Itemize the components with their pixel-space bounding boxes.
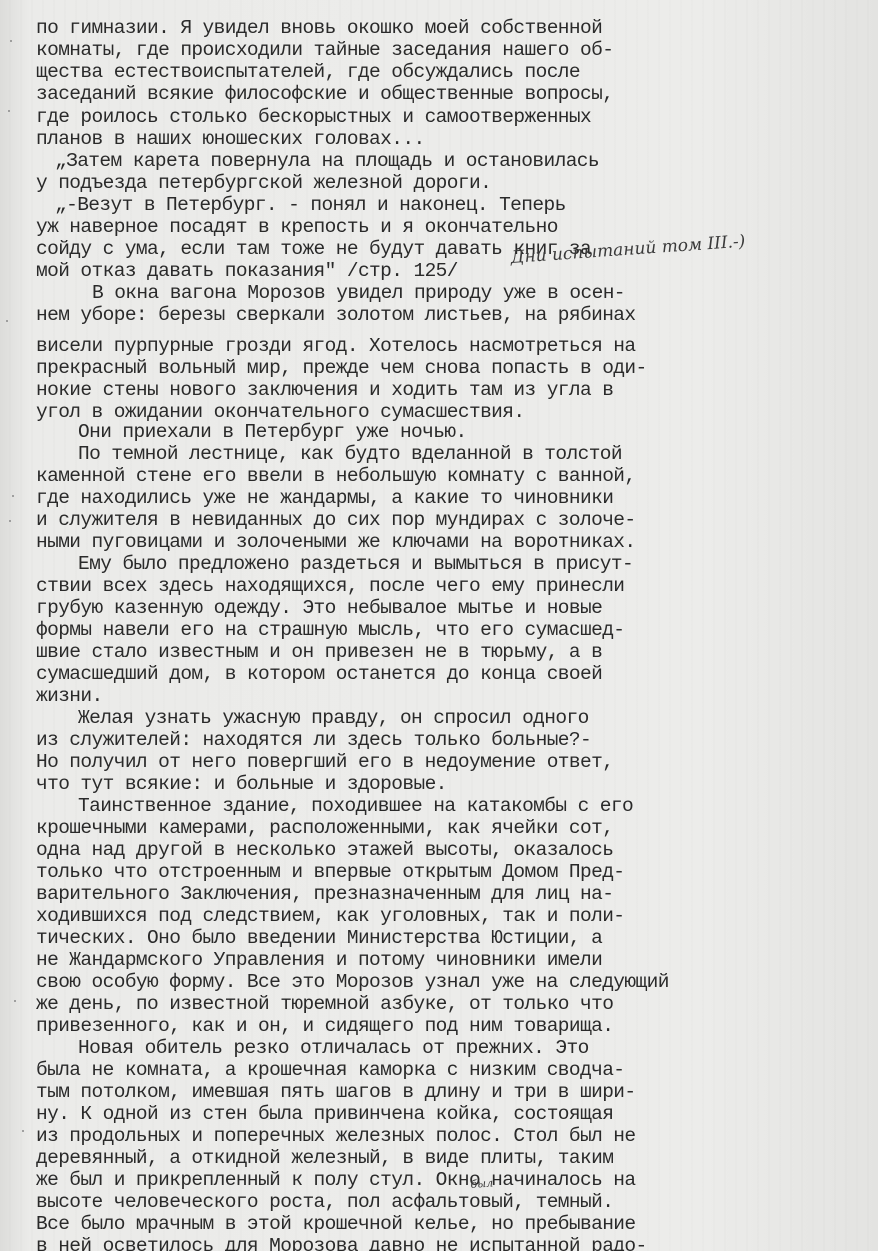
text-line: Желая узнать ужасную правду, он спросил … — [78, 707, 589, 729]
text-line: что тут всякие: и больные и здоровые. — [36, 773, 447, 795]
text-line: привезенного, как и он, и сидящего под н… — [36, 1015, 613, 1037]
text-line: ствии всех здесь находящихся, после чего… — [36, 575, 624, 597]
scan-speck — [6, 320, 8, 322]
text-line: по гимназии. Я увидел вновь окошко моей … — [36, 17, 602, 39]
text-line: из продольных и поперечных железных поло… — [36, 1125, 636, 1147]
text-line: „Затем карета повернула на площадь и ост… — [55, 150, 599, 172]
text-line: швие стало известным и он привезен не в … — [36, 641, 602, 663]
scan-speck — [10, 40, 12, 42]
text-line: была не комната, а крошечная каморка с н… — [36, 1059, 624, 1081]
text-line: из служителей: находятся ли здесь только… — [36, 729, 591, 751]
text-line: формы навели его на страшную мысль, что … — [36, 619, 624, 641]
text-line: висели пурпурные грозди ягод. Хотелось н… — [36, 335, 636, 357]
text-line: По темной лестнице, как будто вделанной … — [78, 443, 622, 465]
text-line: ну. К одной из стен была привинчена койк… — [36, 1103, 613, 1125]
text-line: Все было мрачным в этой крошечной келье,… — [36, 1213, 636, 1235]
text-line: ными пуговицами и золочеными же ключами … — [36, 531, 636, 553]
text-line: крошечными камерами, расположенными, как… — [36, 817, 613, 839]
text-line: же был и прикрепленный к полу стул. Окно… — [36, 1169, 636, 1191]
text-line: щества естествоиспытателей, где обсуждал… — [36, 61, 580, 83]
text-line: заседаний всякие философские и обществен… — [36, 83, 613, 105]
text-line: планов в наших юношеских головах... — [36, 128, 425, 150]
scan-speck — [14, 1000, 16, 1002]
scan-speck — [8, 110, 10, 112]
text-line: одна над другой в несколько этажей высот… — [36, 839, 613, 861]
text-line: высоте человеческого роста, пол асфальто… — [36, 1191, 613, 1213]
text-line: жизни. — [36, 685, 103, 707]
text-line: тических. Оно было введении Министерства… — [36, 927, 602, 949]
handwritten-note: был — [470, 1176, 494, 1191]
text-line: ходившихся под следствием, как уголовных… — [36, 905, 624, 927]
text-line: сойду с ума, если там тоже не будут дава… — [36, 238, 591, 260]
text-line: сумасшедший дом, в котором останется до … — [36, 663, 602, 685]
text-line: деревянный, а откидной железный, в виде … — [36, 1147, 613, 1169]
text-line: комнаты, где происходили тайные заседани… — [36, 39, 613, 61]
text-line: у подъезда петербургской железной дороги… — [36, 172, 491, 194]
text-line: где роилось столько бескорыстных и самоо… — [36, 106, 591, 128]
text-line: уж наверное посадят в крепость и я оконч… — [36, 216, 558, 238]
scan-speck — [9, 520, 11, 522]
text-line: в ней осветилось для Морозова давно не и… — [36, 1235, 647, 1251]
text-line: только что отстроенным и впервые открыты… — [36, 861, 624, 883]
text-line: Ему было предложено раздеться и вымыться… — [78, 553, 633, 575]
text-line: где находились уже не жандармы, а какие … — [36, 487, 613, 509]
text-line: Они приехали в Петербург уже ночью. — [78, 421, 467, 443]
text-line: не Жандармского Управления и потому чино… — [36, 949, 602, 971]
scan-speck — [12, 495, 14, 497]
scan-speck — [22, 1130, 24, 1132]
text-line: угол в ожидании окончательного сумасшест… — [36, 401, 524, 423]
document-page: по гимназии. Я увидел вновь окошко моей … — [0, 0, 878, 1251]
text-line: нокие стены нового заключения и ходить т… — [36, 379, 613, 401]
text-line: „-Везут в Петербург. - понял и наконец. … — [55, 194, 566, 216]
text-line: мой отказ давать показания" /стр. 125/ — [36, 260, 458, 282]
text-line: варительного Заключения, презназначенным… — [36, 883, 613, 905]
text-line: Новая обитель резко отличалась от прежни… — [78, 1037, 589, 1059]
text-line: прекрасный вольный мир, прежде чем снова… — [36, 357, 647, 379]
text-line: грубую казенную одежду. Это небывалое мы… — [36, 597, 602, 619]
text-line: свою особую форму. Все это Морозов узнал… — [36, 971, 669, 993]
text-line: каменной стене его ввели в небольшую ком… — [36, 465, 636, 487]
text-line: Таинственное здание, походившее на катак… — [78, 795, 633, 817]
text-line: нем уборе: березы сверкали золотом листь… — [36, 304, 636, 326]
text-line: и служителя в невиданных до сих пор мунд… — [36, 509, 636, 531]
text-line: В окна вагона Морозов увидел природу уже… — [92, 282, 625, 304]
text-line: же день, по известной тюремной азбуке, о… — [36, 993, 613, 1015]
text-line: Но получил от него повергший его в недоу… — [36, 751, 613, 773]
text-line: тым потолком, имевшая пять шагов в длину… — [36, 1081, 636, 1103]
